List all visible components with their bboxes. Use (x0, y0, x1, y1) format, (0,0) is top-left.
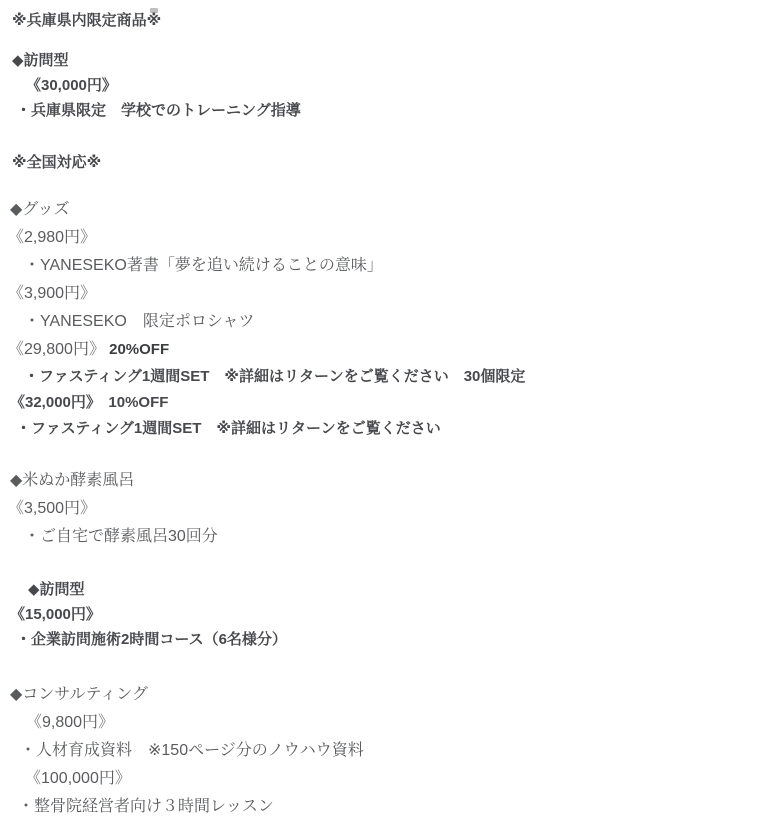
blank-line (0, 442, 763, 467)
text-line: ◆米ぬか酵素風呂 (0, 467, 763, 495)
text-segment: 《29,800円》 (8, 341, 105, 358)
text-segment: 20%OFF (105, 341, 169, 358)
text-line: 《9,800円》 (0, 709, 763, 737)
text-line: ※兵庫県内限定商品※ (0, 8, 763, 33)
text-line: ◆訪問型 (0, 48, 763, 73)
text-line: 《15,000円》 (0, 602, 763, 627)
text-line: 《3,500円》 (0, 495, 763, 523)
text-line: ・YANESEKO著書「夢を追い続けることの意味」 (0, 252, 763, 280)
reward-list: ※兵庫県内限定商品※◆訪問型《30,000円》・兵庫県限定 学校でのトレーニング… (0, 8, 763, 821)
text-line: 《29,800円》 20%OFF (0, 336, 763, 364)
text-line: ・人材育成資料 ※150ページ分のノウハウ資料 (0, 737, 763, 765)
text-line: ・企業訪問施術2時間コース（6名様分） (0, 627, 763, 652)
blank-line (0, 175, 763, 196)
text-line: ◆訪問型 (0, 577, 763, 602)
text-line: 《3,900円》 (0, 280, 763, 308)
text-line: ・ご自宅で酵素風呂30回分 (0, 523, 763, 551)
text-line: ・ファスティング1週間SET ※詳細はリターンをご覧ください 30個限定 (0, 364, 763, 390)
text-line: ・兵庫県限定 学校でのトレーニング指導 (0, 98, 763, 123)
text-line: 《2,980円》 (0, 224, 763, 252)
text-line: 《100,000円》 (0, 765, 763, 793)
text-line: ・YANESEKO 限定ポロシャツ (0, 308, 763, 336)
text-line: 《32,000円》 10%OFF (0, 390, 763, 416)
text-line: ・ファスティング1週間SET ※詳細はリターンをご覧ください (0, 416, 763, 442)
text-line: ◆グッズ (0, 196, 763, 224)
blank-line (0, 123, 763, 150)
text-line: ◆コンサルティング (0, 681, 763, 709)
text-line: 《30,000円》 (0, 73, 763, 98)
blank-line (0, 33, 763, 48)
blank-line (0, 652, 763, 681)
blank-line (0, 551, 763, 577)
text-line: ※全国対応※ (0, 150, 763, 175)
text-line: ・整骨院経営者向け３時間レッスン (0, 793, 763, 821)
